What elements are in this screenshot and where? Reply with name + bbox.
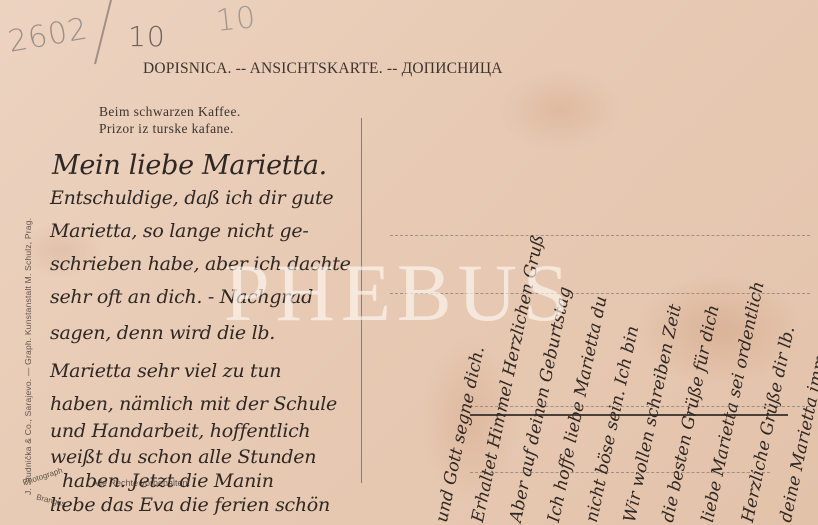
caption-german: Beim schwarzen Kaffee.	[99, 104, 241, 120]
handwritten-line: sehr oft an dich. - Nachgrad	[50, 286, 313, 308]
handwritten-line: schrieben habe, aber ich dachte	[50, 253, 351, 275]
pencil-slash	[94, 0, 112, 64]
address-line-3	[470, 406, 810, 407]
handwritten-line: Marietta sehr viel zu tun	[50, 360, 281, 382]
publisher-imprint: J. Studnička & Co., Sarajevo. — Graph. K…	[23, 218, 33, 495]
handwritten-greeting: Mein liebe Marietta.	[52, 150, 327, 181]
handwritten-line: haben, nämlich mit der Schule	[50, 393, 337, 415]
handwritten-line: Entschuldige, daß ich dir gute	[50, 187, 333, 209]
address-line-1	[390, 235, 810, 236]
message-address-divider	[361, 118, 362, 483]
handwritten-line: Marietta, so lange nicht ge-	[50, 220, 308, 242]
caption-bosnian: Prizor iz turske kafane.	[99, 121, 234, 137]
handwritten-line: und Handarbeit, hoffentlich	[50, 420, 310, 442]
handwritten-line: liebe das Eva die ferien schön	[50, 494, 330, 516]
handwritten-line: haben. Jetzt die Manin	[62, 470, 274, 492]
pencil-price: 10	[214, 0, 258, 39]
pencil-inventory-number: 2602	[6, 11, 91, 59]
postcard-header: DOPISNICA. -- ANSICHTSKARTE. -- ДОПИСНИЦ…	[143, 60, 503, 78]
postcard: 2602 10 10 DOPISNICA. -- ANSICHTSKARTE. …	[0, 0, 818, 525]
pencil-fraction-number: 10	[128, 20, 166, 53]
handwritten-line: weißt du schon alle Stunden	[50, 446, 316, 468]
handwritten-line: sagen, denn wird die lb.	[50, 322, 275, 344]
